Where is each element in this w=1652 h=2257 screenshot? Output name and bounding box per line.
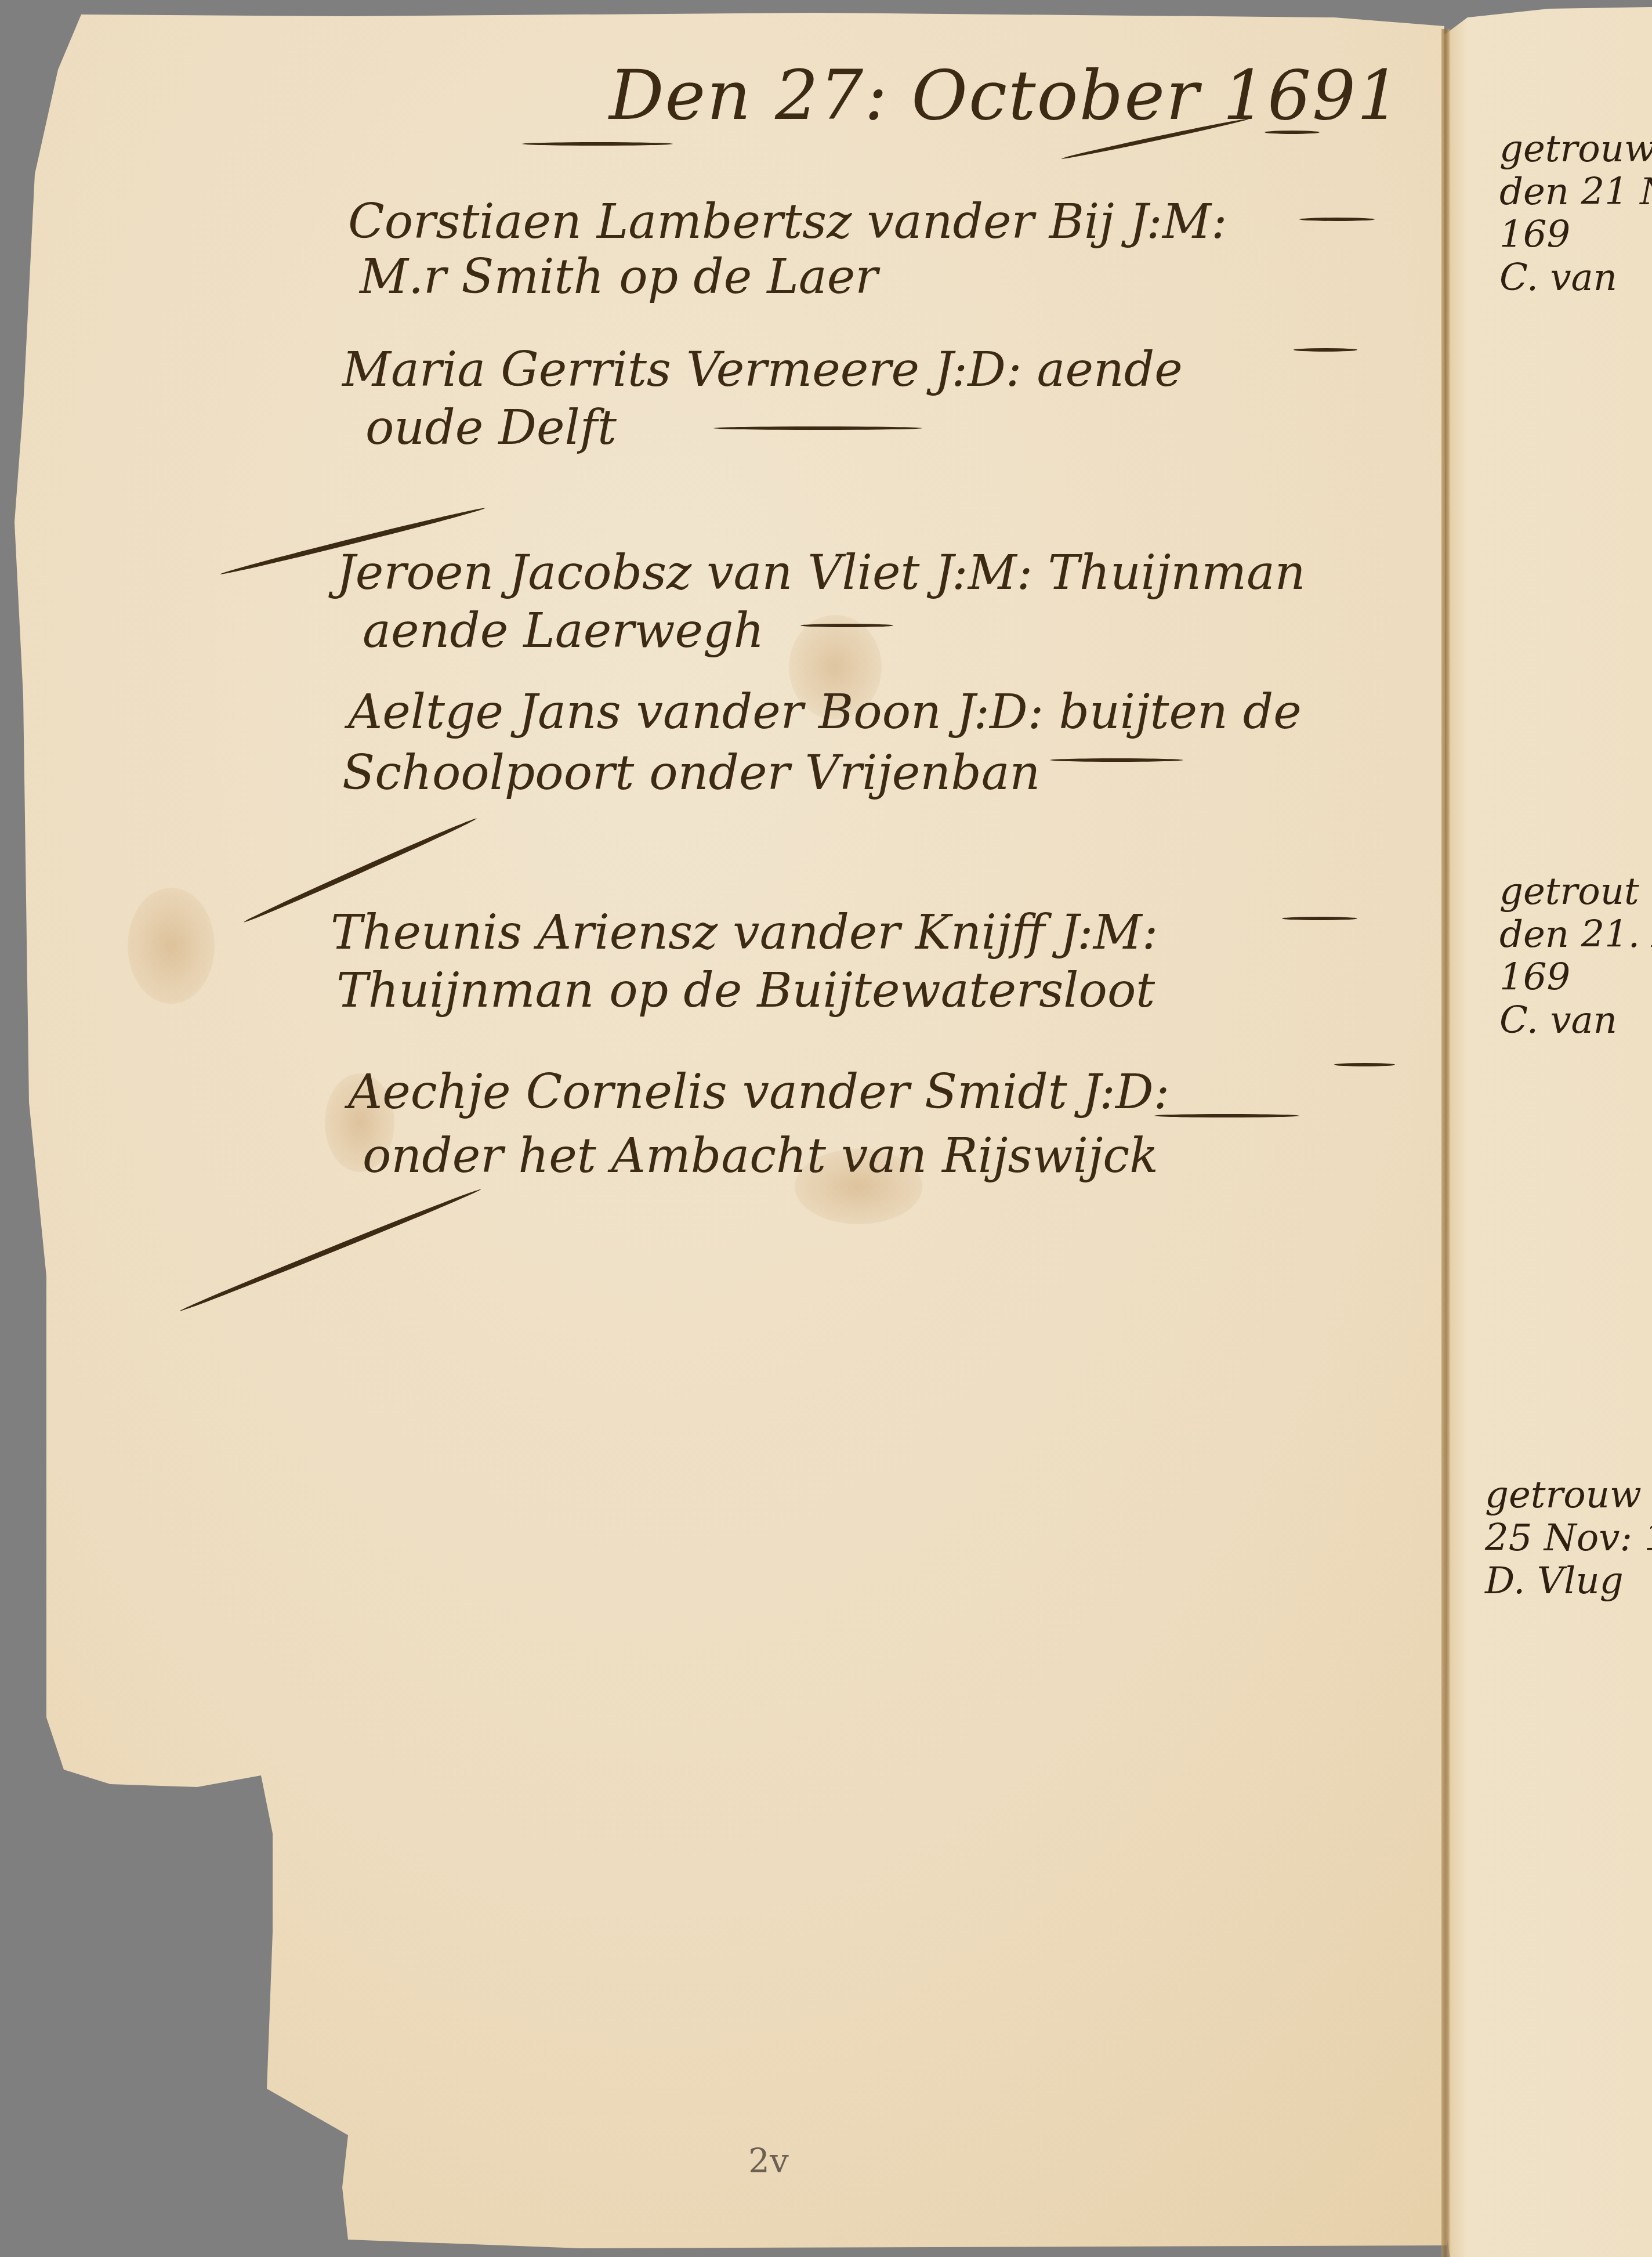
entry-1-line-2: M.r Smith op de Laer xyxy=(360,249,878,305)
entry-4-line-2: Schoolpoort onder Vrijenban xyxy=(342,746,1040,801)
entry-3-fill-dash xyxy=(800,624,893,627)
entry-6-line-1: Aechje Cornelis vander Smidt J:D: xyxy=(348,1065,1169,1120)
binding-gutter xyxy=(1441,29,1450,2257)
manuscript-spread: Den 27: October 1691 Corstiaen Lambertsz… xyxy=(0,0,1652,2257)
header-dash xyxy=(1265,131,1320,134)
entry-6-fill-dash xyxy=(1154,1114,1299,1117)
entry-2-line-2: oude Delft xyxy=(365,400,617,455)
entry-4-fill-dash xyxy=(1050,758,1183,762)
entry-3-line-2: aende Laerwegh xyxy=(363,603,764,659)
entry-6-line-2: onder het Ambacht van Rijswijck xyxy=(363,1128,1158,1184)
entry-5-line-1: Theunis Ariensz vander Knijff J:M: xyxy=(331,905,1158,960)
folio-number: 2v xyxy=(748,2141,789,2180)
entry-6-dash xyxy=(1334,1063,1395,1066)
entry-5-line-2: Thuijnman op de Buijtewatersloot xyxy=(336,963,1155,1018)
margin-note-1: getrouw den 21 N 169 C. van xyxy=(1499,128,1652,299)
entry-2-fill-dash xyxy=(713,426,922,430)
margin-note-3: getrouw 25 Nov: 16 D. Vlug xyxy=(1485,1474,1652,1603)
margin-note-2: getrout den 21. N 169 C. van xyxy=(1499,870,1652,1042)
entry-3-line-1: Jeroen Jacobsz van Vliet J:M: Thuijnman xyxy=(336,545,1306,601)
entry-2-line-1: Maria Gerrits Vermeere J:D: aende xyxy=(342,342,1183,397)
stain xyxy=(128,888,215,1004)
entry-2-dash xyxy=(1294,348,1357,352)
right-page-edge xyxy=(1444,0,1652,2257)
entry-5-dash xyxy=(1282,917,1357,920)
entry-1-dash xyxy=(1299,218,1375,221)
entry-1-line-1: Corstiaen Lambertsz vander Bij J:M: xyxy=(348,194,1227,249)
header-underline xyxy=(522,142,673,146)
entry-4-line-1: Aeltge Jans vander Boon J:D: buijten de xyxy=(348,685,1302,740)
register-date-heading: Den 27: October 1691 xyxy=(609,55,1401,135)
